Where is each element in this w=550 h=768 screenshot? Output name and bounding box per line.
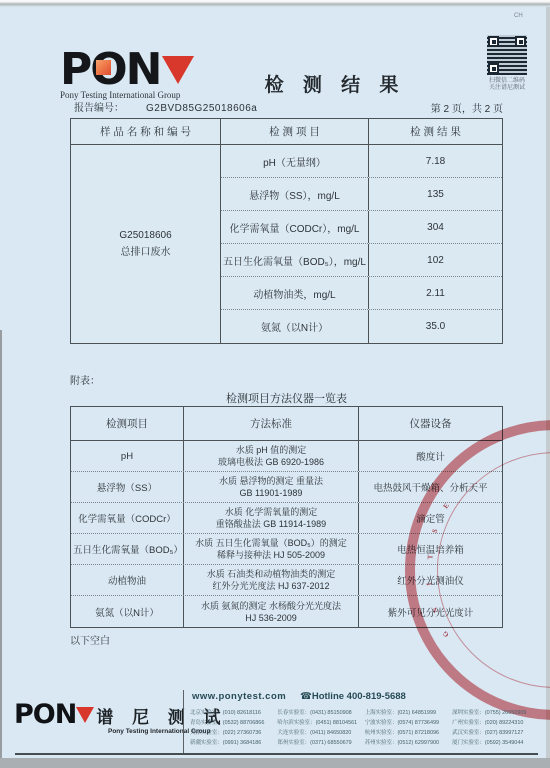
col-header-result: 检 测 结 果 xyxy=(369,119,502,144)
test-item: 动植物油类，mg/L xyxy=(221,277,369,309)
method-line1: 水质 五日生化需氧量（BOD₅）的测定 xyxy=(195,537,347,549)
methods-table-header: 检测项目 方法标准 仪器设备 xyxy=(71,407,502,441)
footer-lab-entry: 深圳实验室：(0755) 26650909 xyxy=(452,708,539,718)
qr-finder-icon xyxy=(488,63,499,74)
footer-lab-entry: 长春实验室：(0431) 85150908 xyxy=(277,708,364,718)
col-header-sample: 样 品 名 称 和 编 号 xyxy=(71,119,221,144)
pony-logo-triangle-icon xyxy=(162,56,194,84)
table-row: 悬浮物（SS），mg/L 135 xyxy=(221,178,502,211)
footer-lab-entry: 青岛实验室：(0532) 88706866 xyxy=(190,718,277,728)
footer-lab-entry: 广州实验室：(020) 89224310 xyxy=(452,718,539,728)
method-line2: GB 11901-1989 xyxy=(240,487,303,499)
test-item: 悬浮物（SS），mg/L xyxy=(221,178,369,210)
test-item: 五日生化需氧量（BOD₅），mg/L xyxy=(221,244,369,276)
report-number-label: 报告编号： xyxy=(74,103,124,114)
col-header-instrument: 仪器设备 xyxy=(359,407,502,440)
scan-edge-top xyxy=(0,0,550,7)
attached-table-label: 附表： xyxy=(70,372,100,387)
qr-finder-icon xyxy=(515,36,526,47)
footer-logo-text: PON xyxy=(14,699,76,730)
footer-divider xyxy=(183,690,184,753)
test-result: 102 xyxy=(369,244,502,276)
qr-caption-line1: 扫微信二维码 xyxy=(482,78,532,85)
pony-logo-square-icon xyxy=(96,60,111,75)
test-item: pH（无量纲） xyxy=(221,145,369,177)
method-line1: 水质 石油类和动植物油类的测定 xyxy=(207,568,336,580)
method-item: 动植物油 xyxy=(71,565,184,595)
qr-caption: 扫微信二维码 关注谱尼测试 xyxy=(482,78,532,92)
footer-lab-list: 北京实验室：(010) 82618116 长春实验室：(0431) 851509… xyxy=(190,708,539,748)
table-row: pH 水质 pH 值的测定 玻璃电极法 GB 6920-1986 酸度计 xyxy=(71,441,502,472)
method-line2: 玻璃电极法 GB 6920-1986 xyxy=(218,456,324,468)
footer-lab-entry: 天津实验室：(022) 27360736 xyxy=(190,728,277,738)
table-row: 氨氮（以N计） 35.0 xyxy=(221,310,502,343)
table-row: 五日生化需氧量（BOD₅），mg/L 102 xyxy=(221,244,502,277)
qr-caption-line2: 关注谱尼测试 xyxy=(482,85,532,92)
report-number-row: 报告编号：G2BVD85G25018606a xyxy=(74,99,257,114)
footer-hotline: ☎Hotline 400-819-5688 xyxy=(300,691,406,702)
method-standard: 水质 悬浮物的测定 重量法 GB 11901-1989 xyxy=(184,472,359,502)
footer-lab-entry: 上海实验室：(021) 64851999 xyxy=(365,708,452,718)
method-standard: 水质 氨氮的测定 水杨酸分光光度法 HJ 536-2009 xyxy=(184,596,359,627)
col-header-item: 检测项目 xyxy=(71,407,184,440)
method-line1: 水质 化学需氧量的测定 xyxy=(225,506,318,518)
sample-name: 总排口废水 xyxy=(121,244,171,261)
below-blank-note: 以下空白 xyxy=(70,632,110,647)
method-line1: 水质 悬浮物的测定 重量法 xyxy=(219,475,323,487)
method-standard: 水质 化学需氧量的测定 重铬酸盐法 GB 11914-1989 xyxy=(184,503,359,533)
test-result: 7.18 xyxy=(369,145,502,177)
results-table-body: G25018606 总排口废水 pH（无量纲） 7.18 悬浮物（SS），mg/… xyxy=(71,145,502,343)
method-line2: 红外分光光度法 HJ 637-2012 xyxy=(212,580,329,592)
footer-lab-entry: 大连实验室：(0411) 84650820 xyxy=(277,728,364,738)
qr-code-icon xyxy=(487,35,527,75)
page-indicator: 第 2 页，共 2 页 xyxy=(398,100,503,115)
footer-lab-entry: 杭州实验室：(0571) 87218096 xyxy=(365,728,452,738)
sample-id: G25018606 xyxy=(119,227,171,244)
method-line2: 重铬酸盐法 GB 11914-1989 xyxy=(216,518,326,530)
footer-website: www.ponytest.com xyxy=(192,691,286,702)
footer-lab-entry: 厦门实验室：(0592) 3549044 xyxy=(452,738,539,748)
method-item: 五日生化需氧量（BOD₅） xyxy=(71,534,184,564)
footer-lab-entry: 北京实验室：(010) 82618116 xyxy=(190,708,277,718)
table-row: pH（无量纲） 7.18 xyxy=(221,145,502,178)
sample-cell: G25018606 总排口废水 xyxy=(71,145,221,343)
test-item: 氨氮（以N计） xyxy=(221,310,369,343)
test-item: 化学需氧量（CODCr），mg/L xyxy=(221,211,369,243)
table-row: 动植物油类，mg/L 2.11 xyxy=(221,277,502,310)
method-standard: 水质 石油类和动植物油类的测定 红外分光光度法 HJ 637-2012 xyxy=(184,565,359,595)
footer-lab-entry: 哈尔滨实验室：(0451) 88104561 xyxy=(277,718,364,728)
qr-finder-icon xyxy=(488,36,499,47)
footer-lab-entry: 武汉实验室：(027) 83997127 xyxy=(452,728,539,738)
method-line1: 水质 pH 值的测定 xyxy=(236,444,307,456)
col-header-item: 检 测 项 目 xyxy=(221,119,369,144)
footer-lab-entry: 苏州实验室：(0512) 62997900 xyxy=(365,738,452,748)
results-rows: pH（无量纲） 7.18 悬浮物（SS），mg/L 135 化学需氧量（CODC… xyxy=(221,145,502,343)
method-item: 化学需氧量（CODCr） xyxy=(71,503,184,533)
method-line2: 稀释与接种法 HJ 505-2009 xyxy=(217,549,325,561)
footer-lab-entry: 郑州实验室：(0371) 68550679 xyxy=(277,738,364,748)
results-table-header: 样 品 名 称 和 编 号 检 测 项 目 检 测 结 果 xyxy=(71,119,502,145)
footer-lab-entry: 宁波实验室：(0574) 87736499 xyxy=(365,718,452,728)
method-item: 悬浮物（SS） xyxy=(71,472,184,502)
report-number: G2BVD85G25018606a xyxy=(146,103,257,114)
method-standard: 水质 五日生化需氧量（BOD₅）的测定 稀释与接种法 HJ 505-2009 xyxy=(184,534,359,564)
method-item: pH xyxy=(71,441,184,471)
footer-logo-triangle-icon xyxy=(76,707,94,723)
results-table: 样 品 名 称 和 编 号 检 测 项 目 检 测 结 果 G25018606 … xyxy=(70,118,503,344)
method-line1: 水质 氨氮的测定 水杨酸分光光度法 xyxy=(201,600,341,612)
stamp-letter: T xyxy=(426,555,434,560)
method-item: 氨氮（以N计） xyxy=(71,596,184,627)
col-header-method: 方法标准 xyxy=(184,407,359,440)
test-result: 35.0 xyxy=(369,310,502,343)
corner-label: CH xyxy=(514,13,523,19)
test-result: 135 xyxy=(369,178,502,210)
method-line2: HJ 536-2009 xyxy=(245,612,297,624)
scan-edge-left xyxy=(0,330,2,758)
table-row: 化学需氧量（CODCr），mg/L 304 xyxy=(221,211,502,244)
page-title: 检 测 结 果 xyxy=(225,70,445,97)
footer-lab-entry: 新疆实验室：(0991) 3684186 xyxy=(190,738,277,748)
test-result: 304 xyxy=(369,211,502,243)
method-standard: 水质 pH 值的测定 玻璃电极法 GB 6920-1986 xyxy=(184,441,359,471)
test-result: 2.11 xyxy=(369,277,502,309)
scan-edge-bottom xyxy=(0,758,550,768)
attached-table-title: 检测项目方法仪器一览表 xyxy=(70,390,503,406)
pony-logo: PON xyxy=(60,44,194,94)
footer-rule xyxy=(15,753,538,755)
